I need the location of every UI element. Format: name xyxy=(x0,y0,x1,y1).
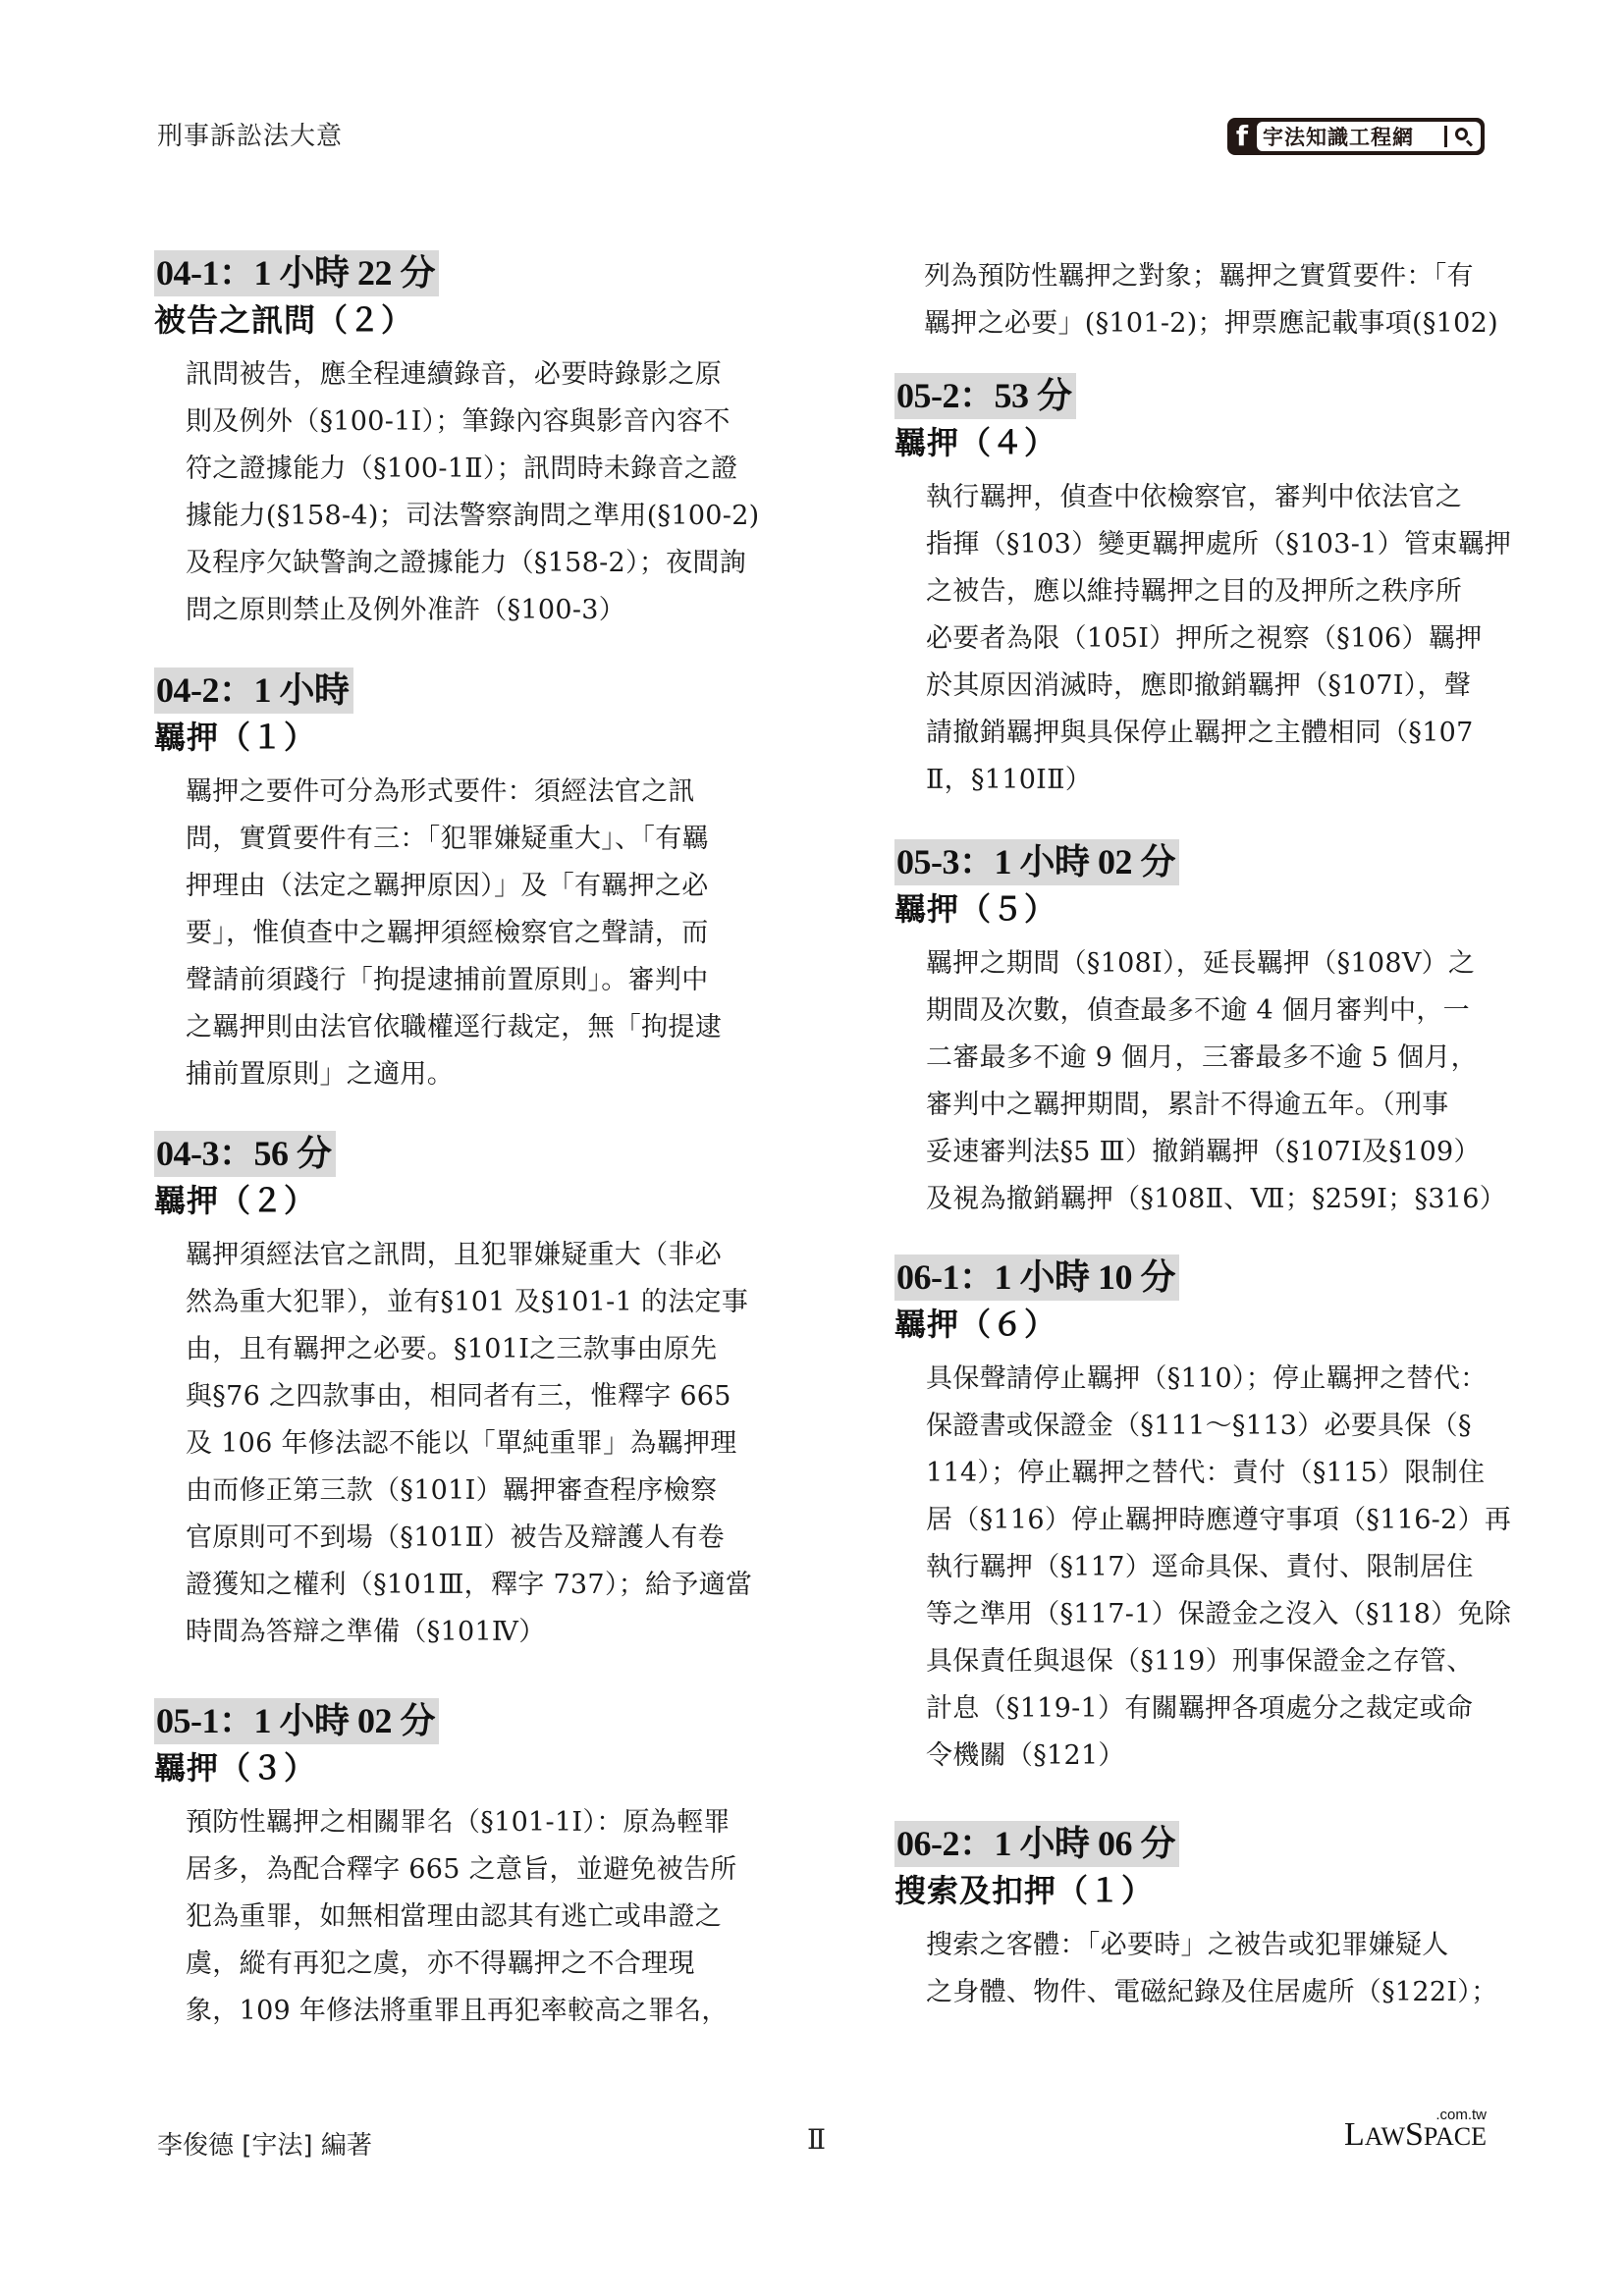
text-line: 及 106 年修法認不能以「單純重罪」為羈押理 xyxy=(186,1420,745,1468)
text-line: 請撤銷羈押與具保停止羈押之主體相同（§107 xyxy=(926,710,1486,757)
topic-heading: 搜索及扣押（１） xyxy=(894,1871,1484,1910)
section-05-1: 05-1：1 小時 02 分 羈押（３） 預防性羈押之相關罪名（§101-1Ⅰ）… xyxy=(154,1698,743,2035)
page-number: Ⅱ xyxy=(807,2123,826,2157)
text-line: 聲請前須踐行「拘提逮捕前置原則」。審判中 xyxy=(186,957,745,1004)
time-heading: 05-2：53 分 xyxy=(894,373,1076,419)
text-line: 預防性羈押之相關罪名（§101-1Ⅰ）：原為輕罪 xyxy=(186,1799,745,1846)
topic-heading: 羈押（５） xyxy=(894,889,1484,929)
text-line: 證獲知之權利（§101Ⅲ，釋字 737）；給予適當 xyxy=(186,1562,745,1609)
lawspace-logo: .com.tw LAWSPACE xyxy=(1294,2107,1487,2154)
section-04-2: 04-2：1 小時 羈押（１） 羈押之要件可分為形式要件：須經法官之訊 問，實質… xyxy=(154,667,743,1098)
body-text: 執行羈押，偵查中依檢察官，審判中依法官之 指揮（§103）變更羈押處所（§103… xyxy=(926,474,1486,804)
brand-name: 宇法知識工程網 xyxy=(1263,122,1438,151)
text-line: 於其原因消滅時，應即撤銷羈押（§107Ⅰ），聲 xyxy=(926,663,1486,710)
time-heading: 04-1：1 小時 22 分 xyxy=(154,250,439,296)
time-heading: 06-1：1 小時 10 分 xyxy=(894,1255,1179,1301)
body-text: 訊問被告，應全程連續錄音，必要時錄影之原 則及例外（§100-1Ⅰ）；筆錄內容與… xyxy=(186,351,745,634)
facebook-icon: f xyxy=(1227,118,1257,155)
section-06-1: 06-1：1 小時 10 分 羈押（６） 具保聲請停止羈押（§110）；停止羈押… xyxy=(894,1255,1484,1780)
text-line: 要」，惟偵查中之羈押須經檢察官之聲請，而 xyxy=(186,910,745,957)
body-text: 羈押之期間（§108Ⅰ），延長羈押（§108Ⅴ）之 期間及次數，偵查最多不逾 4… xyxy=(926,940,1486,1223)
topic-heading: 羈押（３） xyxy=(154,1748,743,1788)
brand-badge[interactable]: f 宇法知識工程網 xyxy=(1227,118,1485,155)
text-line: 指揮（§103）變更羈押處所（§103-1）管束羈押 xyxy=(926,521,1486,568)
text-line: Ⅱ，§110ⅠⅡ） xyxy=(926,757,1486,804)
text-line: 象，109 年修法將重罪且再犯率較高之罪名， xyxy=(186,1988,745,2035)
text-line: 居多，為配合釋字 665 之意旨，並避免被告所 xyxy=(186,1846,745,1894)
text-line: 則及例外（§100-1Ⅰ）；筆錄內容與影音內容不 xyxy=(186,399,745,446)
text-line: 之身體、物件、電磁紀錄及住居處所（§122Ⅰ）； xyxy=(926,1969,1486,2016)
text-line: 之羈押則由法官依職權逕行裁定，無「拘提逮 xyxy=(186,1004,745,1051)
text-line: 具保責任與退保（§119）刑事保證金之存管、 xyxy=(926,1638,1486,1685)
time-heading: 04-3：56 分 xyxy=(154,1131,336,1177)
topic-heading: 羈押（１） xyxy=(154,718,743,757)
brand-search-box: 宇法知識工程網 xyxy=(1257,122,1481,151)
section-06-2: 06-2：1 小時 06 分 搜索及扣押（１） 搜索之客體：「必要時」之被告或犯… xyxy=(894,1821,1484,2016)
body-text: 搜索之客體：「必要時」之被告或犯罪嫌疑人 之身體、物件、電磁紀錄及住居處所（§1… xyxy=(926,1922,1486,2016)
text-line: 羈押之必要」(§101-2)；押票應記載事項(§102) xyxy=(924,300,1484,347)
text-line: 搜索之客體：「必要時」之被告或犯罪嫌疑人 xyxy=(926,1922,1486,1969)
time-heading: 05-3：1 小時 02 分 xyxy=(894,839,1179,885)
text-line: 符之證據能力（§100-1Ⅱ）；訊問時未錄音之證 xyxy=(186,446,745,493)
time-heading: 04-2：1 小時 xyxy=(154,667,353,714)
footer-author: 李俊德 [宇法] 編著 xyxy=(157,2125,372,2162)
text-line: 由而修正第三款（§101Ⅰ）羈押審查程序檢察 xyxy=(186,1468,745,1515)
text-line: 捕前置原則」之適用。 xyxy=(186,1051,745,1098)
topic-heading: 羈押（２） xyxy=(154,1181,743,1220)
text-line: 保證書或保證金（§111～§113）必要具保（§ xyxy=(926,1403,1486,1450)
text-line: 執行羈押，偵查中依檢察官，審判中依法官之 xyxy=(926,474,1486,521)
body-text: 羈押須經法官之訊問，且犯罪嫌疑重大（非必 然為重大犯罪），並有§101 及§10… xyxy=(186,1232,745,1656)
text-line: 居（§116）停止羈押時應遵守事項（§116-2）再 xyxy=(926,1497,1486,1544)
text-line: 據能力(§158-4)；司法警察詢問之準用(§100-2) xyxy=(186,493,745,540)
time-heading: 06-2：1 小時 06 分 xyxy=(894,1821,1179,1867)
text-line: 列為預防性羈押之對象；羈押之實質要件：「有 xyxy=(924,253,1484,300)
text-line: 等之準用（§117-1）保證金之沒入（§118）免除 xyxy=(926,1591,1486,1638)
body-text: 羈押之要件可分為形式要件：須經法官之訊 問，實質要件有三：「犯罪嫌疑重大」、「有… xyxy=(186,769,745,1098)
text-line: 羈押之要件可分為形式要件：須經法官之訊 xyxy=(186,769,745,816)
text-line: 及視為撤銷羈押（§108Ⅱ、Ⅶ；§259Ⅰ；§316） xyxy=(926,1176,1486,1223)
text-line: 期間及次數，偵查最多不逾 4 個月審判中，一 xyxy=(926,988,1486,1035)
topic-heading: 羈押（４） xyxy=(894,423,1484,462)
text-line: 問，實質要件有三：「犯罪嫌疑重大」、「有羈 xyxy=(186,816,745,863)
text-line: 然為重大犯罪），並有§101 及§101-1 的法定事 xyxy=(186,1279,745,1326)
search-icon xyxy=(1453,126,1475,147)
text-line: 必要者為限（105Ⅰ）押所之視察（§106）羈押 xyxy=(926,615,1486,663)
text-line: 由，且有羈押之必要。§101Ⅰ之三款事由原先 xyxy=(186,1326,745,1373)
text-line: 與§76 之四款事由，相同者有三，惟釋字 665 xyxy=(186,1373,745,1420)
text-line: 妥速審判法§5 Ⅲ）撤銷羈押（§107Ⅰ及§109） xyxy=(926,1129,1486,1176)
logo-wordmark: LAWSPACE xyxy=(1344,2118,1487,2154)
text-line: 114）；停止羈押之替代：責付（§115）限制住 xyxy=(926,1450,1486,1497)
body-text: 預防性羈押之相關罪名（§101-1Ⅰ）：原為輕罪 居多，為配合釋字 665 之意… xyxy=(186,1799,745,2035)
body-text: 具保聲請停止羈押（§110）；停止羈押之替代： 保證書或保證金（§111～§11… xyxy=(926,1356,1486,1780)
text-line: 令機關（§121） xyxy=(926,1733,1486,1780)
text-line: 虞，縱有再犯之虞，亦不得羈押之不合理現 xyxy=(186,1941,745,1988)
text-line: 及程序欠缺警詢之證據能力（§158-2）；夜間詢 xyxy=(186,540,745,587)
text-line: 審判中之羈押期間，累計不得逾五年。（刑事 xyxy=(926,1082,1486,1129)
text-line: 訊問被告，應全程連續錄音，必要時錄影之原 xyxy=(186,351,745,399)
text-line: 羈押須經法官之訊問，且犯罪嫌疑重大（非必 xyxy=(186,1232,745,1279)
text-line: 問之原則禁止及例外准許（§100-3） xyxy=(186,587,745,634)
topic-heading: 羈押（６） xyxy=(894,1305,1484,1344)
running-title: 刑事訴訟法大意 xyxy=(157,116,343,152)
text-line: 押理由（法定之羈押原因）」及「有羈押之必 xyxy=(186,863,745,910)
text-line: 二審最多不逾 9 個月，三審最多不逾 5 個月， xyxy=(926,1035,1486,1082)
text-line: 具保聲請停止羈押（§110）；停止羈押之替代： xyxy=(926,1356,1486,1403)
text-line: 之被告，應以維持羈押之目的及押所之秩序所 xyxy=(926,568,1486,615)
topic-heading: 被告之訊問（２） xyxy=(154,300,743,340)
text-line: 執行羈押（§117）逕命具保、責付、限制居住 xyxy=(926,1544,1486,1591)
text-line: 犯為重罪，如無相當理由認其有逃亡或串證之 xyxy=(186,1894,745,1941)
text-line: 官原則可不到場（§101Ⅱ）被告及辯護人有卷 xyxy=(186,1515,745,1562)
section-05-2: 05-2：53 分 羈押（４） 執行羈押，偵查中依檢察官，審判中依法官之 指揮（… xyxy=(894,373,1484,804)
section-05-3: 05-3：1 小時 02 分 羈押（５） 羈押之期間（§108Ⅰ），延長羈押（§… xyxy=(894,839,1484,1223)
section-04-3: 04-3：56 分 羈押（２） 羈押須經法官之訊問，且犯罪嫌疑重大（非必 然為重… xyxy=(154,1131,743,1656)
continuation-text: 列為預防性羈押之對象；羈押之實質要件：「有 羈押之必要」(§101-2)；押票應… xyxy=(924,253,1484,347)
separator xyxy=(1444,126,1447,147)
text-line: 羈押之期間（§108Ⅰ），延長羈押（§108Ⅴ）之 xyxy=(926,940,1486,988)
text-line: 時間為答辯之準備（§101Ⅳ） xyxy=(186,1609,745,1656)
section-04-1: 04-1：1 小時 22 分 被告之訊問（２） 訊問被告，應全程連續錄音，必要時… xyxy=(154,250,743,634)
time-heading: 05-1：1 小時 02 分 xyxy=(154,1698,439,1744)
text-line: 計息（§119-1）有關羈押各項處分之裁定或命 xyxy=(926,1685,1486,1733)
